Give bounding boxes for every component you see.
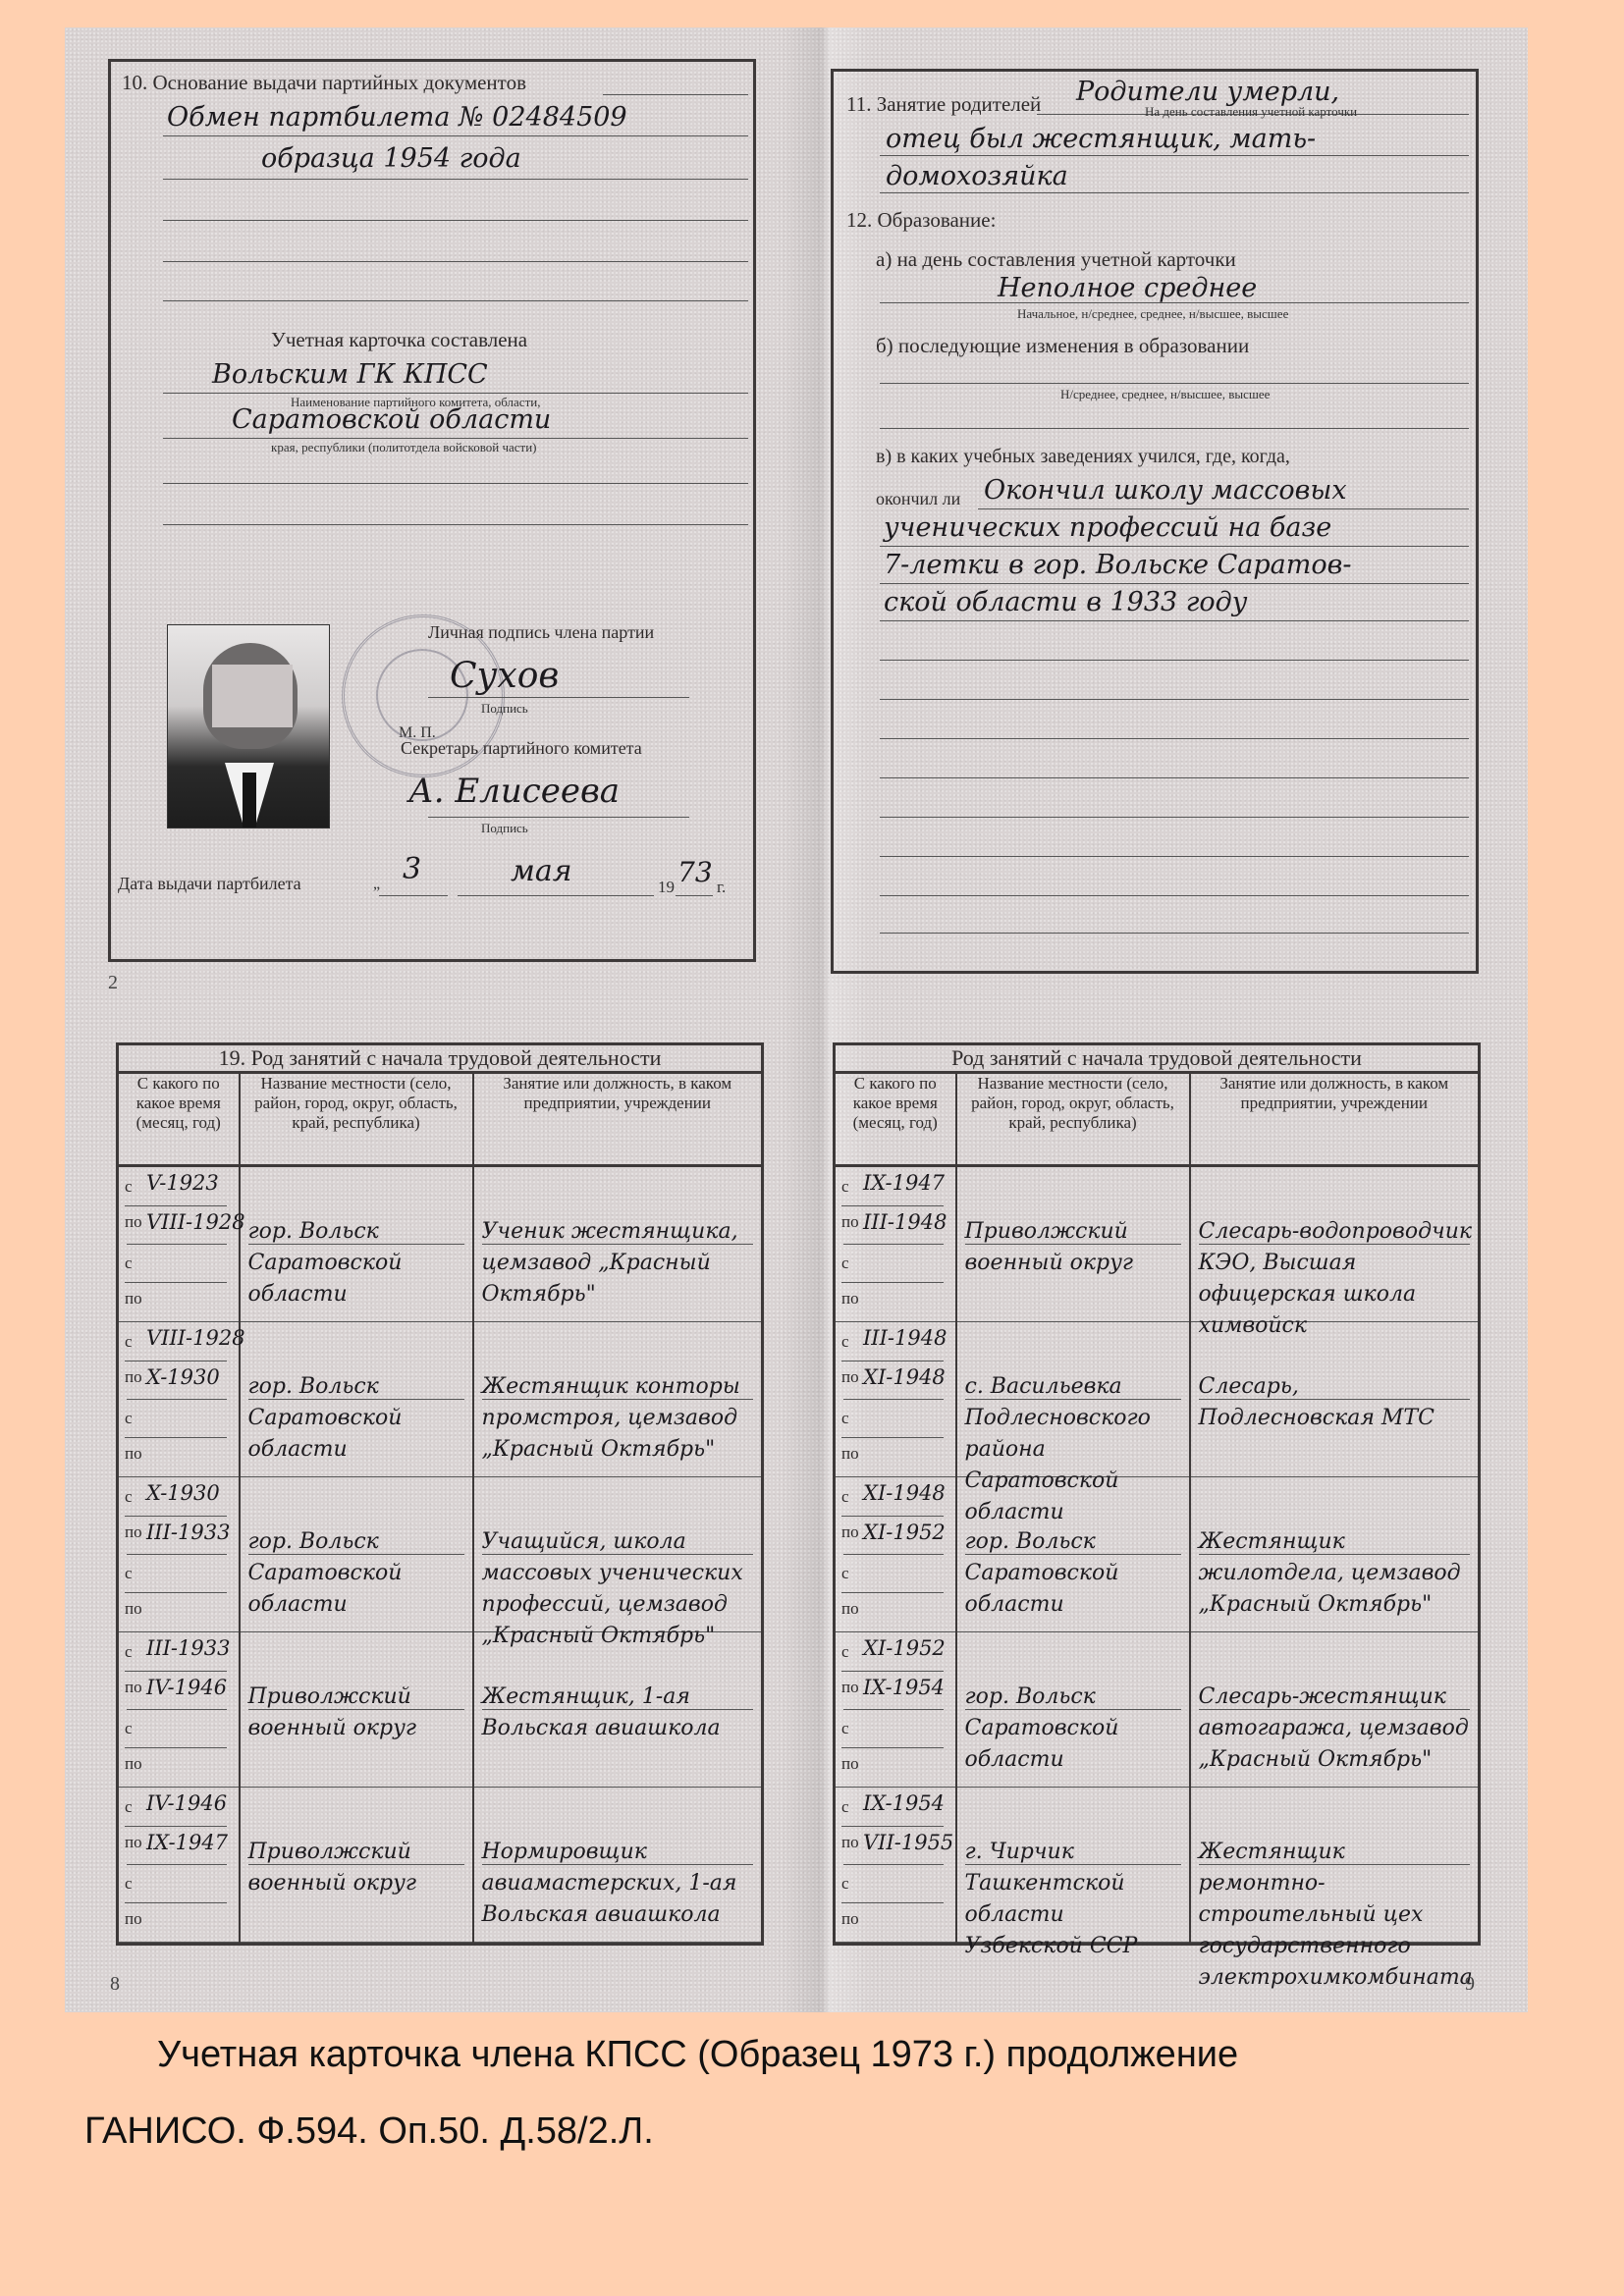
page-number-8: 8 <box>110 1973 120 1996</box>
place-cell: гор. Вольск Саратовской области <box>240 1166 473 1323</box>
period-cell: сIII-1933поIV-1946спо <box>118 1632 240 1788</box>
position-cell: Жестянщик жилотдела, цемзавод „Красный О… <box>1190 1477 1480 1632</box>
rule <box>880 817 1469 818</box>
rule <box>880 155 1469 156</box>
rule <box>163 261 748 262</box>
rule <box>163 135 748 136</box>
place-cell: гор. Вольск Саратовской области <box>956 1632 1190 1788</box>
rule <box>163 483 748 484</box>
member-signature-caption: Подпись <box>481 701 528 717</box>
to-label-empty: по <box>841 1599 859 1619</box>
to-label-empty: по <box>125 1444 142 1464</box>
column-header-place: Название местности (село, район, город, … <box>956 1073 1190 1166</box>
position-text: Ученик жестянщика, цемзавод „Красный Окт… <box>482 1216 758 1310</box>
position-text: Жестянщик ремонтно-строительный цех госу… <box>1199 1837 1475 1994</box>
rule <box>163 393 748 394</box>
position-cell: Жестянщик, 1-ая Вольская авиашкола <box>473 1632 763 1788</box>
place-text: Приволжский военный округ <box>248 1837 468 1899</box>
position-cell: Жестянщик ремонтно-строительный цех госу… <box>1190 1788 1480 1945</box>
rule <box>880 777 1469 778</box>
place-text: гор. Вольск Саратовской области <box>248 1216 468 1310</box>
section-12b-caption: Н/среднее, среднее, н/высшее, высшее <box>1060 387 1270 402</box>
issue-year-end: г. <box>717 878 726 897</box>
issue-date-label: Дата выдачи партбилета <box>118 874 301 894</box>
secretary-signature: А. Елисеева <box>408 772 620 811</box>
work-table-title: Род занятий с начала трудовой деятельнос… <box>835 1044 1480 1073</box>
scan-spread-pages-8-9: 19. Род занятий с начала трудовой деятел… <box>65 991 1528 2012</box>
issue-day: 3 <box>403 852 421 886</box>
section-12c-label-1: в) в каких учебных заведениях учился, гд… <box>876 446 1290 468</box>
rule <box>880 620 1469 621</box>
rule <box>880 192 1469 193</box>
section-11-value-1: Родители умерли, <box>1076 77 1339 107</box>
rule <box>163 220 748 221</box>
rule <box>880 660 1469 661</box>
work-history-table-page-9: Род занятий с начала трудовой деятельнос… <box>833 1042 1481 1946</box>
to-date: XI-1948 <box>863 1365 946 1389</box>
rule <box>841 1709 944 1748</box>
scan-spread-pages-2-3: 10. Основание выдачи партийных документо… <box>65 27 1528 991</box>
section-12c-value-4: ской области в 1933 году <box>884 587 1247 617</box>
to-label: по <box>125 1367 142 1387</box>
to-date: VIII-1928 <box>146 1210 245 1234</box>
position-text: Жестянщик, 1-ая Вольская авиашкола <box>482 1682 758 1744</box>
rule <box>163 179 748 180</box>
section-11-caption: На день составления учетной карточки <box>1145 104 1357 120</box>
column-header-period: С какого по какое время (месяц, год) <box>835 1073 956 1166</box>
rule <box>880 428 1469 429</box>
rule <box>676 895 713 896</box>
rule <box>841 1788 944 1827</box>
section-10-value-2: образца 1954 года <box>261 143 521 174</box>
rule <box>241 1942 472 1943</box>
table-row: сIX-1954поVII-1955спог. Чирчик Ташкентск… <box>835 1788 1480 1945</box>
card-compiled-caption-2: края, республики (политотдела войсковой … <box>271 440 537 455</box>
position-text: Слесарь-жестянщик автогаража, цемзавод „… <box>1199 1682 1475 1776</box>
to-label: по <box>841 1212 859 1232</box>
table-row: сIV-1946поIX-1947споПриволжский военный … <box>118 1788 763 1945</box>
period-cell: сX-1930поIII-1933спо <box>118 1477 240 1632</box>
rule <box>978 508 1469 509</box>
rule <box>841 1322 944 1362</box>
issue-month: мая <box>511 854 572 888</box>
rule <box>836 1942 955 1943</box>
rule <box>125 1788 227 1827</box>
rule <box>125 1864 227 1903</box>
rule <box>880 895 1469 896</box>
section-11-value-3: домохозяйка <box>886 161 1068 191</box>
to-label: по <box>125 1212 142 1232</box>
section-12c-value-1: Окончил школу массовых <box>984 475 1347 506</box>
section-11-label: 11. Занятие родителей <box>846 92 1041 117</box>
table-row: сIII-1933поIV-1946споПриволжский военный… <box>118 1632 763 1788</box>
rule <box>163 524 748 525</box>
to-label-empty: по <box>841 1444 859 1464</box>
place-text: Приволжский военный округ <box>248 1682 468 1744</box>
position-cell: Учащийся, школа массовых ученических про… <box>473 1477 763 1632</box>
document-caption: Учетная карточка члена КПСС (Образец 197… <box>157 2034 1238 2076</box>
to-date: IX-1947 <box>146 1831 228 1854</box>
position-text: Жестянщик конторы промстроя, цемзавод „К… <box>482 1371 758 1466</box>
to-date: X-1930 <box>146 1365 220 1389</box>
section-11-value-2: отец был жестянщик, мать- <box>886 124 1316 154</box>
to-label-empty: по <box>125 1289 142 1308</box>
rule <box>163 300 748 301</box>
to-date: III-1948 <box>863 1210 947 1234</box>
place-cell: гор. Вольск Саратовской области <box>240 1477 473 1632</box>
issue-year-prefix: 19 <box>658 878 675 897</box>
card-compiled-value-2: Саратовской области <box>232 404 551 435</box>
rule <box>841 1632 944 1672</box>
rule <box>125 1244 227 1283</box>
to-label: по <box>841 1833 859 1852</box>
rule <box>119 1942 239 1943</box>
period-cell: сIX-1954поVII-1955спо <box>835 1788 956 1945</box>
secretary-label: Секретарь партийного комитета <box>401 738 642 759</box>
section-12c-value-3: 7-летки в гор. Вольске Саратов- <box>884 550 1351 580</box>
rule <box>428 817 689 818</box>
place-text: Приволжский военный округ <box>965 1216 1185 1279</box>
rule <box>125 1322 227 1362</box>
to-label-empty: по <box>125 1754 142 1774</box>
section-12c-value-2: ученических профессий на базе <box>884 512 1331 543</box>
to-label: по <box>125 1678 142 1697</box>
place-cell: г. Чирчик Ташкентской области Узбекской … <box>956 1788 1190 1945</box>
place-cell: Приволжский военный округ <box>240 1788 473 1945</box>
to-label-empty: по <box>125 1599 142 1619</box>
column-header-place: Название местности (село, район, город, … <box>240 1073 473 1166</box>
rule <box>880 383 1469 384</box>
position-text: Слесарь, Подлесновская МТС <box>1199 1371 1475 1434</box>
rule <box>841 1399 944 1438</box>
redaction-box <box>212 665 293 727</box>
position-cell: Слесарь-водопроводчик КЭО, Высшая офицер… <box>1190 1166 1480 1323</box>
position-text: Нормировщик авиамастерских, 1-ая Вольска… <box>482 1837 758 1931</box>
to-label: по <box>841 1522 859 1542</box>
rule <box>880 546 1469 547</box>
work-history-table-page-8: 19. Род занятий с начала трудовой деятел… <box>116 1042 764 1946</box>
rule <box>125 1399 227 1438</box>
rule <box>880 302 1469 303</box>
column-header-position: Занятие или должность, в каком предприят… <box>473 1073 763 1166</box>
period-cell: сIII-1948поXI-1948спо <box>835 1322 956 1477</box>
secretary-signature-caption: Подпись <box>481 821 528 836</box>
section-10-value-1: Обмен партбилета № 02484509 <box>167 102 627 133</box>
to-label: по <box>841 1678 859 1697</box>
period-cell: сIV-1946поIX-1947спо <box>118 1788 240 1945</box>
to-label: по <box>125 1522 142 1542</box>
table-row: сXI-1952поIX-1954спогор. Вольск Саратовс… <box>835 1632 1480 1788</box>
section-12c-label-2: окончил ли <box>876 489 960 509</box>
rule <box>125 1554 227 1593</box>
to-date: IX-1954 <box>863 1676 945 1699</box>
rule <box>880 933 1469 934</box>
rule <box>880 856 1469 857</box>
position-cell: Слесарь, Подлесновская МТС <box>1190 1322 1480 1477</box>
rule <box>841 1554 944 1593</box>
place-text: гор. Вольск Саратовской области <box>248 1371 468 1466</box>
rule <box>880 583 1469 584</box>
to-date: IV-1946 <box>146 1676 227 1699</box>
section-12a-value: Неполное среднее <box>998 273 1257 303</box>
to-label: по <box>125 1833 142 1852</box>
place-cell: Приволжский военный округ <box>956 1166 1190 1323</box>
section-12a-label: а) на день составления учетной карточки <box>876 247 1236 272</box>
issue-year: 73 <box>677 856 713 888</box>
rule <box>125 1167 227 1206</box>
table-row: сX-1930поIII-1933спогор. Вольск Саратовс… <box>118 1477 763 1632</box>
to-label-empty: по <box>841 1754 859 1774</box>
position-cell: Жестянщик конторы промстроя, цемзавод „К… <box>473 1322 763 1477</box>
page-number-9: 9 <box>1465 1973 1475 1996</box>
table-row: сIX-1947поIII-1948споПриволжский военный… <box>835 1166 1480 1323</box>
rule <box>125 1632 227 1672</box>
to-label-empty: по <box>841 1909 859 1929</box>
rule <box>125 1709 227 1748</box>
column-header-position: Занятие или должность, в каком предприят… <box>1190 1073 1480 1166</box>
place-cell: с. Васильевка Подлесновского района Сара… <box>956 1322 1190 1477</box>
work-table-title: 19. Род занятий с начала трудовой деятел… <box>118 1044 763 1073</box>
quote-open: „ <box>373 876 380 893</box>
section-12b-label: б) последующие изменения в образовании <box>876 334 1249 358</box>
to-date: VII-1955 <box>863 1831 953 1854</box>
member-signature-label: Личная подпись члена партии <box>428 622 654 643</box>
period-cell: сVIII-1928поX-1930спо <box>118 1322 240 1477</box>
period-cell: сV-1923поVIII-1928спо <box>118 1166 240 1323</box>
rule <box>603 94 748 95</box>
card-compiled-label: Учетная карточка составлена <box>271 328 527 352</box>
to-label-empty: по <box>125 1909 142 1929</box>
rule <box>379 895 448 896</box>
place-text: гор. Вольск Саратовской области <box>965 1682 1185 1776</box>
section-12-label: 12. Образование: <box>846 208 996 233</box>
position-cell: Нормировщик авиамастерских, 1-ая Вольска… <box>473 1788 763 1945</box>
position-cell: Слесарь-жестянщик автогаража, цемзавод „… <box>1190 1632 1480 1788</box>
member-signature: Сухов <box>450 656 559 696</box>
rule <box>163 438 748 439</box>
section-10-label: 10. Основание выдачи партийных документо… <box>122 71 526 95</box>
table-row: сV-1923поVIII-1928спогор. Вольск Саратов… <box>118 1166 763 1323</box>
place-cell: гор. Вольск Саратовской области <box>240 1322 473 1477</box>
rule <box>841 1864 944 1903</box>
place-cell: Приволжский военный округ <box>240 1632 473 1788</box>
table-row: сXI-1948поXI-1952спогор. Вольск Саратовс… <box>835 1477 1480 1632</box>
member-photo-redacted <box>167 624 330 828</box>
rule <box>125 1477 227 1517</box>
to-date: III-1933 <box>146 1521 230 1544</box>
archive-reference: ГАНИСО. Ф.594. Оп.50. Д.58/2.Л. <box>84 2110 654 2153</box>
period-cell: сXI-1948поXI-1952спо <box>835 1477 956 1632</box>
place-cell: гор. Вольск Саратовской области <box>956 1477 1190 1632</box>
rule <box>841 1244 944 1283</box>
rule <box>841 1167 944 1206</box>
position-text: Жестянщик жилотдела, цемзавод „Красный О… <box>1199 1526 1475 1621</box>
table-row: сIII-1948поXI-1948спос. Васильевка Подле… <box>835 1322 1480 1477</box>
rule <box>428 697 689 698</box>
place-text: г. Чирчик Ташкентской области Узбекской … <box>965 1837 1185 1962</box>
card-compiled-value-1: Вольским ГК КПСС <box>212 359 488 390</box>
period-cell: сIX-1947поIII-1948спо <box>835 1166 956 1323</box>
rule <box>841 1477 944 1517</box>
to-date: XI-1952 <box>863 1521 946 1544</box>
column-header-period: С какого по какое время (месяц, год) <box>118 1073 240 1166</box>
period-cell: сXI-1952поIX-1954спо <box>835 1632 956 1788</box>
rule <box>880 699 1469 700</box>
to-label: по <box>841 1367 859 1387</box>
to-label-empty: по <box>841 1289 859 1308</box>
section-12a-caption: Начальное, н/среднее, среднее, н/высшее,… <box>1017 306 1288 322</box>
table-row: сVIII-1928поX-1930спогор. Вольск Саратов… <box>118 1322 763 1477</box>
place-text: гор. Вольск Саратовской области <box>248 1526 468 1621</box>
position-cell: Ученик жестянщика, цемзавод „Красный Окт… <box>473 1166 763 1323</box>
rule <box>474 1942 762 1943</box>
place-text: гор. Вольск Саратовской области <box>965 1526 1185 1621</box>
rule <box>458 895 654 896</box>
rule <box>880 738 1469 739</box>
